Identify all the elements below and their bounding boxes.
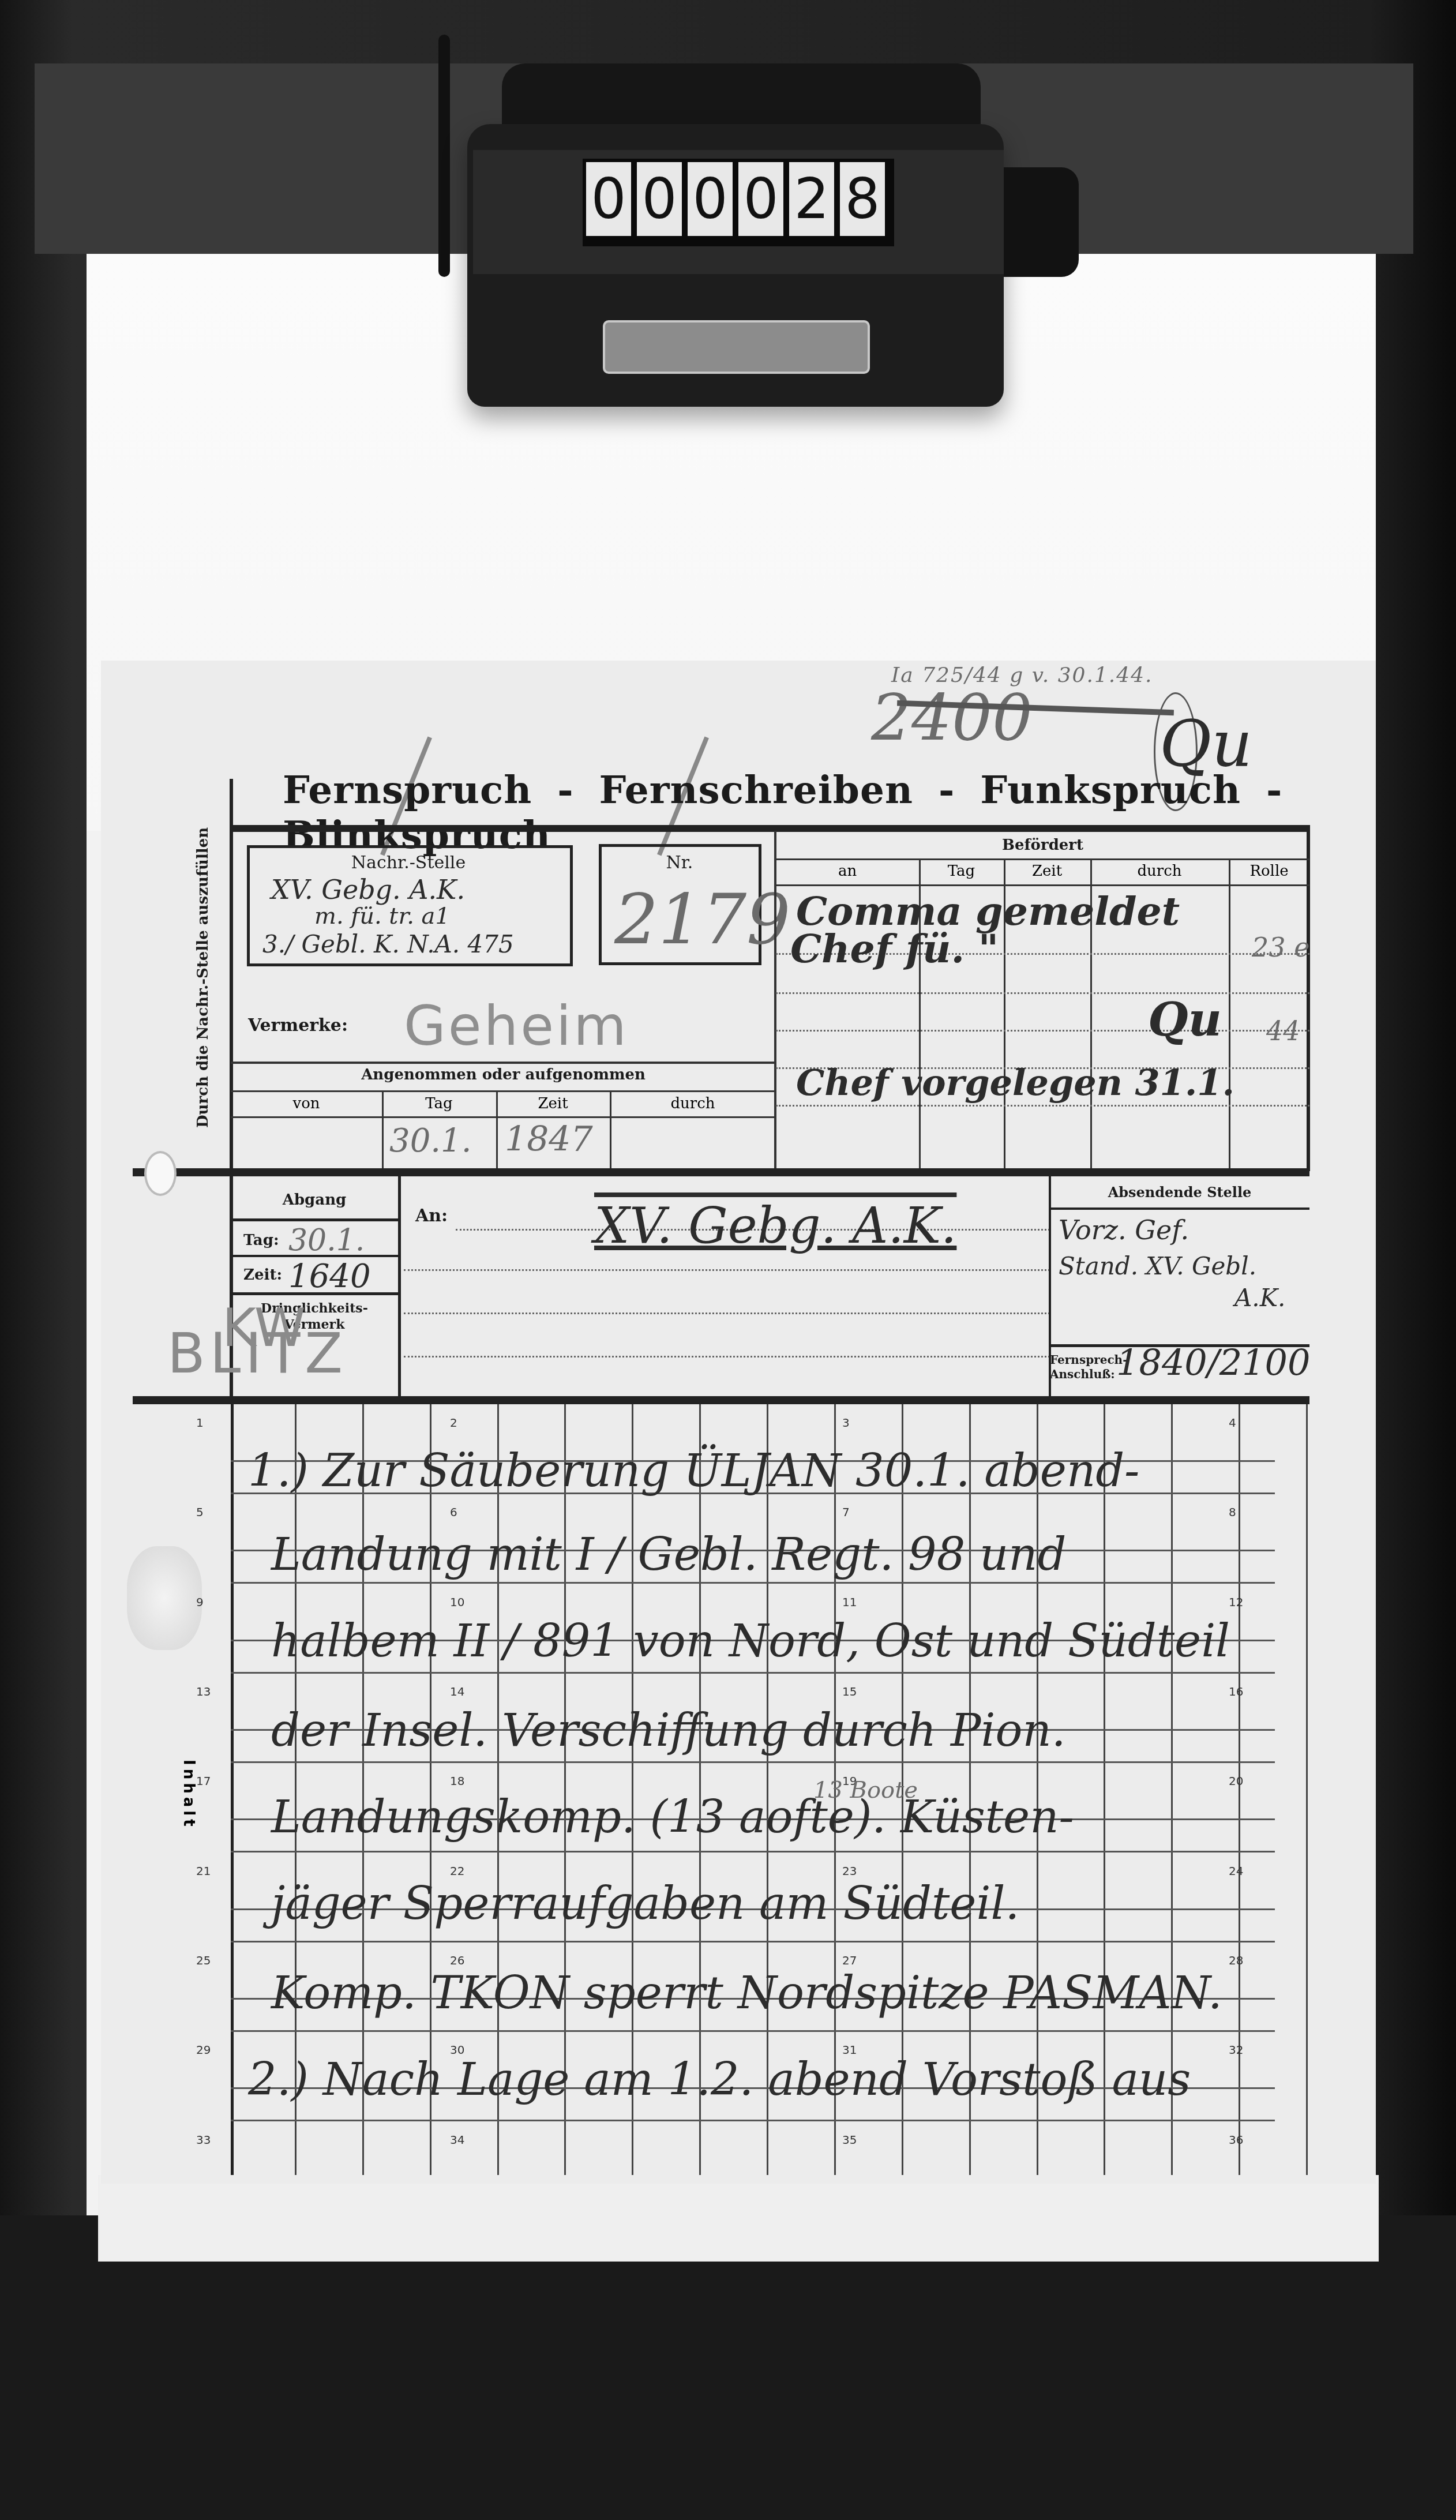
- counter-display: 0 0 0 0 2 8: [583, 159, 894, 246]
- content-line-5: Landungskomp. (13 aofte). Küsten-: [271, 1791, 1074, 1843]
- rolle-note-2: 44: [1266, 1015, 1300, 1047]
- nachr-stelle-line-1: XV. Gebg. A.K.: [271, 874, 465, 905]
- absendende-line-3: A.K.: [1234, 1284, 1285, 1312]
- cell-number: 35: [842, 2133, 857, 2147]
- cell-number: 12: [1229, 1595, 1243, 1609]
- crossed-out-number: 2400: [871, 681, 1033, 755]
- row-number: 5: [196, 1505, 204, 1519]
- cell-number: 20: [1229, 1774, 1243, 1788]
- absendende-line-1: Vorz. Gef.: [1059, 1214, 1189, 1246]
- title-fernspruch: Fernspruch: [283, 767, 532, 812]
- title-funkspruch: Funkspruch: [980, 767, 1241, 812]
- content-line-2: Landung mit I / Gebl. Regt. 98 und: [271, 1529, 1067, 1581]
- counter-digit: 2: [789, 162, 834, 236]
- cell-number: 36: [1229, 2133, 1243, 2147]
- befoerdert-label: Befördert: [776, 837, 1309, 854]
- punch-hole: [144, 1151, 177, 1196]
- counter-digit: 0: [586, 162, 631, 236]
- counter-reset-knob: [1004, 167, 1079, 277]
- befoerdert-col-an: an: [776, 862, 919, 880]
- tape-residue: [127, 1546, 202, 1650]
- abgang-rule: [231, 1218, 398, 1221]
- inhalt-label-text: Inhalt: [180, 1760, 197, 1830]
- abgang-label: Abgang: [231, 1191, 398, 1209]
- absendende-rule: [1050, 1207, 1309, 1210]
- row-number: 17: [196, 1774, 211, 1788]
- title-separator: -: [939, 767, 955, 812]
- befoerdert-col-durch: durch: [1090, 862, 1229, 880]
- cell-number: 2: [450, 1416, 457, 1430]
- content-line-6: jäger Sperraufgaben am Südteil.: [271, 1878, 1019, 1930]
- title-fernschreiben: Fernschreiben: [599, 767, 913, 812]
- dotted-rule: [776, 1030, 1309, 1032]
- cell-number: 8: [1229, 1505, 1236, 1519]
- angenommen-tag-value: 30.1.: [389, 1122, 472, 1160]
- abgang-tag-label: Tag:: [243, 1232, 279, 1249]
- dotted-rule: [776, 1105, 1309, 1107]
- title-separator: -: [1266, 767, 1282, 812]
- angenommen-zeit-value: 1847: [505, 1119, 593, 1160]
- col-divider: [1229, 858, 1230, 1170]
- side-instruction: Durch die Nachr.-Stelle auszufüllen: [194, 839, 212, 1128]
- content-line-4: der Insel. Verschiffung durch Pion.: [271, 1705, 1066, 1757]
- befoerdert-entry-4: Chef vorgelegen 31.1.: [796, 1062, 1234, 1104]
- nachr-stelle-line-2: m. fü. tr. a1: [314, 903, 450, 929]
- counter-digit: 0: [688, 162, 733, 236]
- row-number: 29: [196, 2043, 211, 2057]
- row-number: 33: [196, 2133, 211, 2147]
- an-recipient: XV. Gebg. A.K.: [594, 1197, 956, 1255]
- nr-value: 2179: [614, 880, 790, 960]
- row-number: 13: [196, 1685, 211, 1698]
- angenommen-col-rule: [231, 1116, 776, 1118]
- nachr-stelle-line-3: 3./ Gebl. K. N.A. 475: [262, 930, 514, 958]
- row-number: 25: [196, 1953, 211, 1967]
- counter-digit: 0: [738, 162, 783, 236]
- angenommen-top-rule: [231, 1062, 776, 1064]
- absendende-stelle-label: Absendende Stelle: [1050, 1184, 1309, 1201]
- cell-number: 24: [1229, 1864, 1243, 1878]
- cell-number: 15: [842, 1685, 857, 1698]
- priority-stamp: BLITZ: [167, 1321, 347, 1386]
- befoerdert-entry-2: Chef fü. ": [790, 926, 999, 972]
- cell-number: 22: [450, 1864, 464, 1878]
- counter-digit: 0: [637, 162, 682, 236]
- abgang-rule: [231, 1255, 398, 1257]
- angenommen-label: Angenommen oder aufgenommen: [231, 1066, 776, 1083]
- absendende-line-2: Stand. XV. Gebl.: [1059, 1252, 1256, 1280]
- title-separator: -: [557, 767, 573, 812]
- nr-label: Nr.: [599, 853, 760, 873]
- abgang-zeit-value: 1640: [288, 1258, 371, 1295]
- cell-number: 27: [842, 1953, 857, 1967]
- content-line-8: 2.) Nach Lage am 1.2. abend Vorstoß aus: [248, 2054, 1191, 2106]
- content-line-3: halbem II / 891 von Nord, Ost und Südtei…: [271, 1615, 1230, 1667]
- cell-number: 26: [450, 1953, 464, 1967]
- vermerke-label: Vermerke:: [248, 1015, 348, 1036]
- angenommen-mid-rule: [231, 1090, 776, 1092]
- counter-nameplate: [603, 320, 870, 374]
- dotted-rule: [404, 1269, 1050, 1271]
- cell-number: 4: [1229, 1416, 1236, 1430]
- befoerdert-entry-3: Qu: [1148, 992, 1222, 1047]
- angenommen-col-zeit: Zeit: [496, 1095, 610, 1112]
- dotted-rule: [776, 992, 1309, 994]
- section-divider: [133, 1168, 1309, 1176]
- section-divider: [133, 1396, 1309, 1404]
- side-instruction-text: Durch die Nachr.-Stelle auszufüllen: [194, 827, 212, 1128]
- cell-number: 28: [1229, 1953, 1243, 1967]
- dotted-rule: [404, 1356, 1050, 1357]
- header-rule: [231, 825, 1309, 832]
- dotted-rule: [404, 1312, 1050, 1314]
- angenommen-col-tag: Tag: [382, 1095, 496, 1112]
- row-number: 9: [196, 1595, 204, 1609]
- fernsprech-value: 1840/2100: [1116, 1341, 1310, 1383]
- cell-number: 18: [450, 1774, 464, 1788]
- cell-number: 23: [842, 1864, 857, 1878]
- befoerdert-col-tag: Tag: [919, 862, 1004, 880]
- rolle-note-1: 23 e: [1252, 932, 1309, 963]
- content-line-1: 1.) Zur Säuberung ÜLJAN 30.1. abend-: [248, 1445, 1139, 1497]
- cell-number: 6: [450, 1505, 457, 1519]
- befoerdert-left-border: [774, 831, 776, 1171]
- cell-number: 10: [450, 1595, 464, 1609]
- bottom-paper-strip: [98, 2175, 1379, 2262]
- an-label: An:: [415, 1206, 448, 1226]
- cell-number: 32: [1229, 2043, 1243, 2057]
- counter-digit: 8: [840, 162, 885, 236]
- befoerdert-col-rolle: Rolle: [1229, 862, 1309, 880]
- counter-cable: [438, 35, 450, 277]
- cell-number: 7: [842, 1505, 850, 1519]
- angenommen-col-von: von: [231, 1095, 382, 1112]
- row-number: 21: [196, 1864, 211, 1878]
- cell-number: 34: [450, 2133, 464, 2147]
- cell-number: 11: [842, 1595, 857, 1609]
- abgang-rule: [231, 1292, 398, 1295]
- row-number: 1: [196, 1416, 204, 1430]
- abgang-zeit-label: Zeit:: [243, 1266, 282, 1284]
- cell-number: 3: [842, 1416, 850, 1430]
- abgang-right-border: [398, 1174, 401, 1399]
- fernsprech-label-2: Anschluß:: [1050, 1367, 1115, 1381]
- befoerdert-col-zeit: Zeit: [1004, 862, 1090, 880]
- angenommen-col-durch: durch: [610, 1095, 776, 1112]
- abgang-tag-value: 30.1.: [288, 1223, 365, 1258]
- row-number-column: 159131721252933: [196, 1404, 225, 2175]
- content-line-7: Komp. TKON sperrt Nordspitze PASMAN.: [271, 1967, 1222, 2019]
- nachr-stelle-label: Nachr.-Stelle: [247, 853, 570, 873]
- classification-stamp: Geheim: [404, 995, 629, 1058]
- cell-number: 14: [450, 1685, 464, 1698]
- cell-number: 16: [1229, 1685, 1243, 1698]
